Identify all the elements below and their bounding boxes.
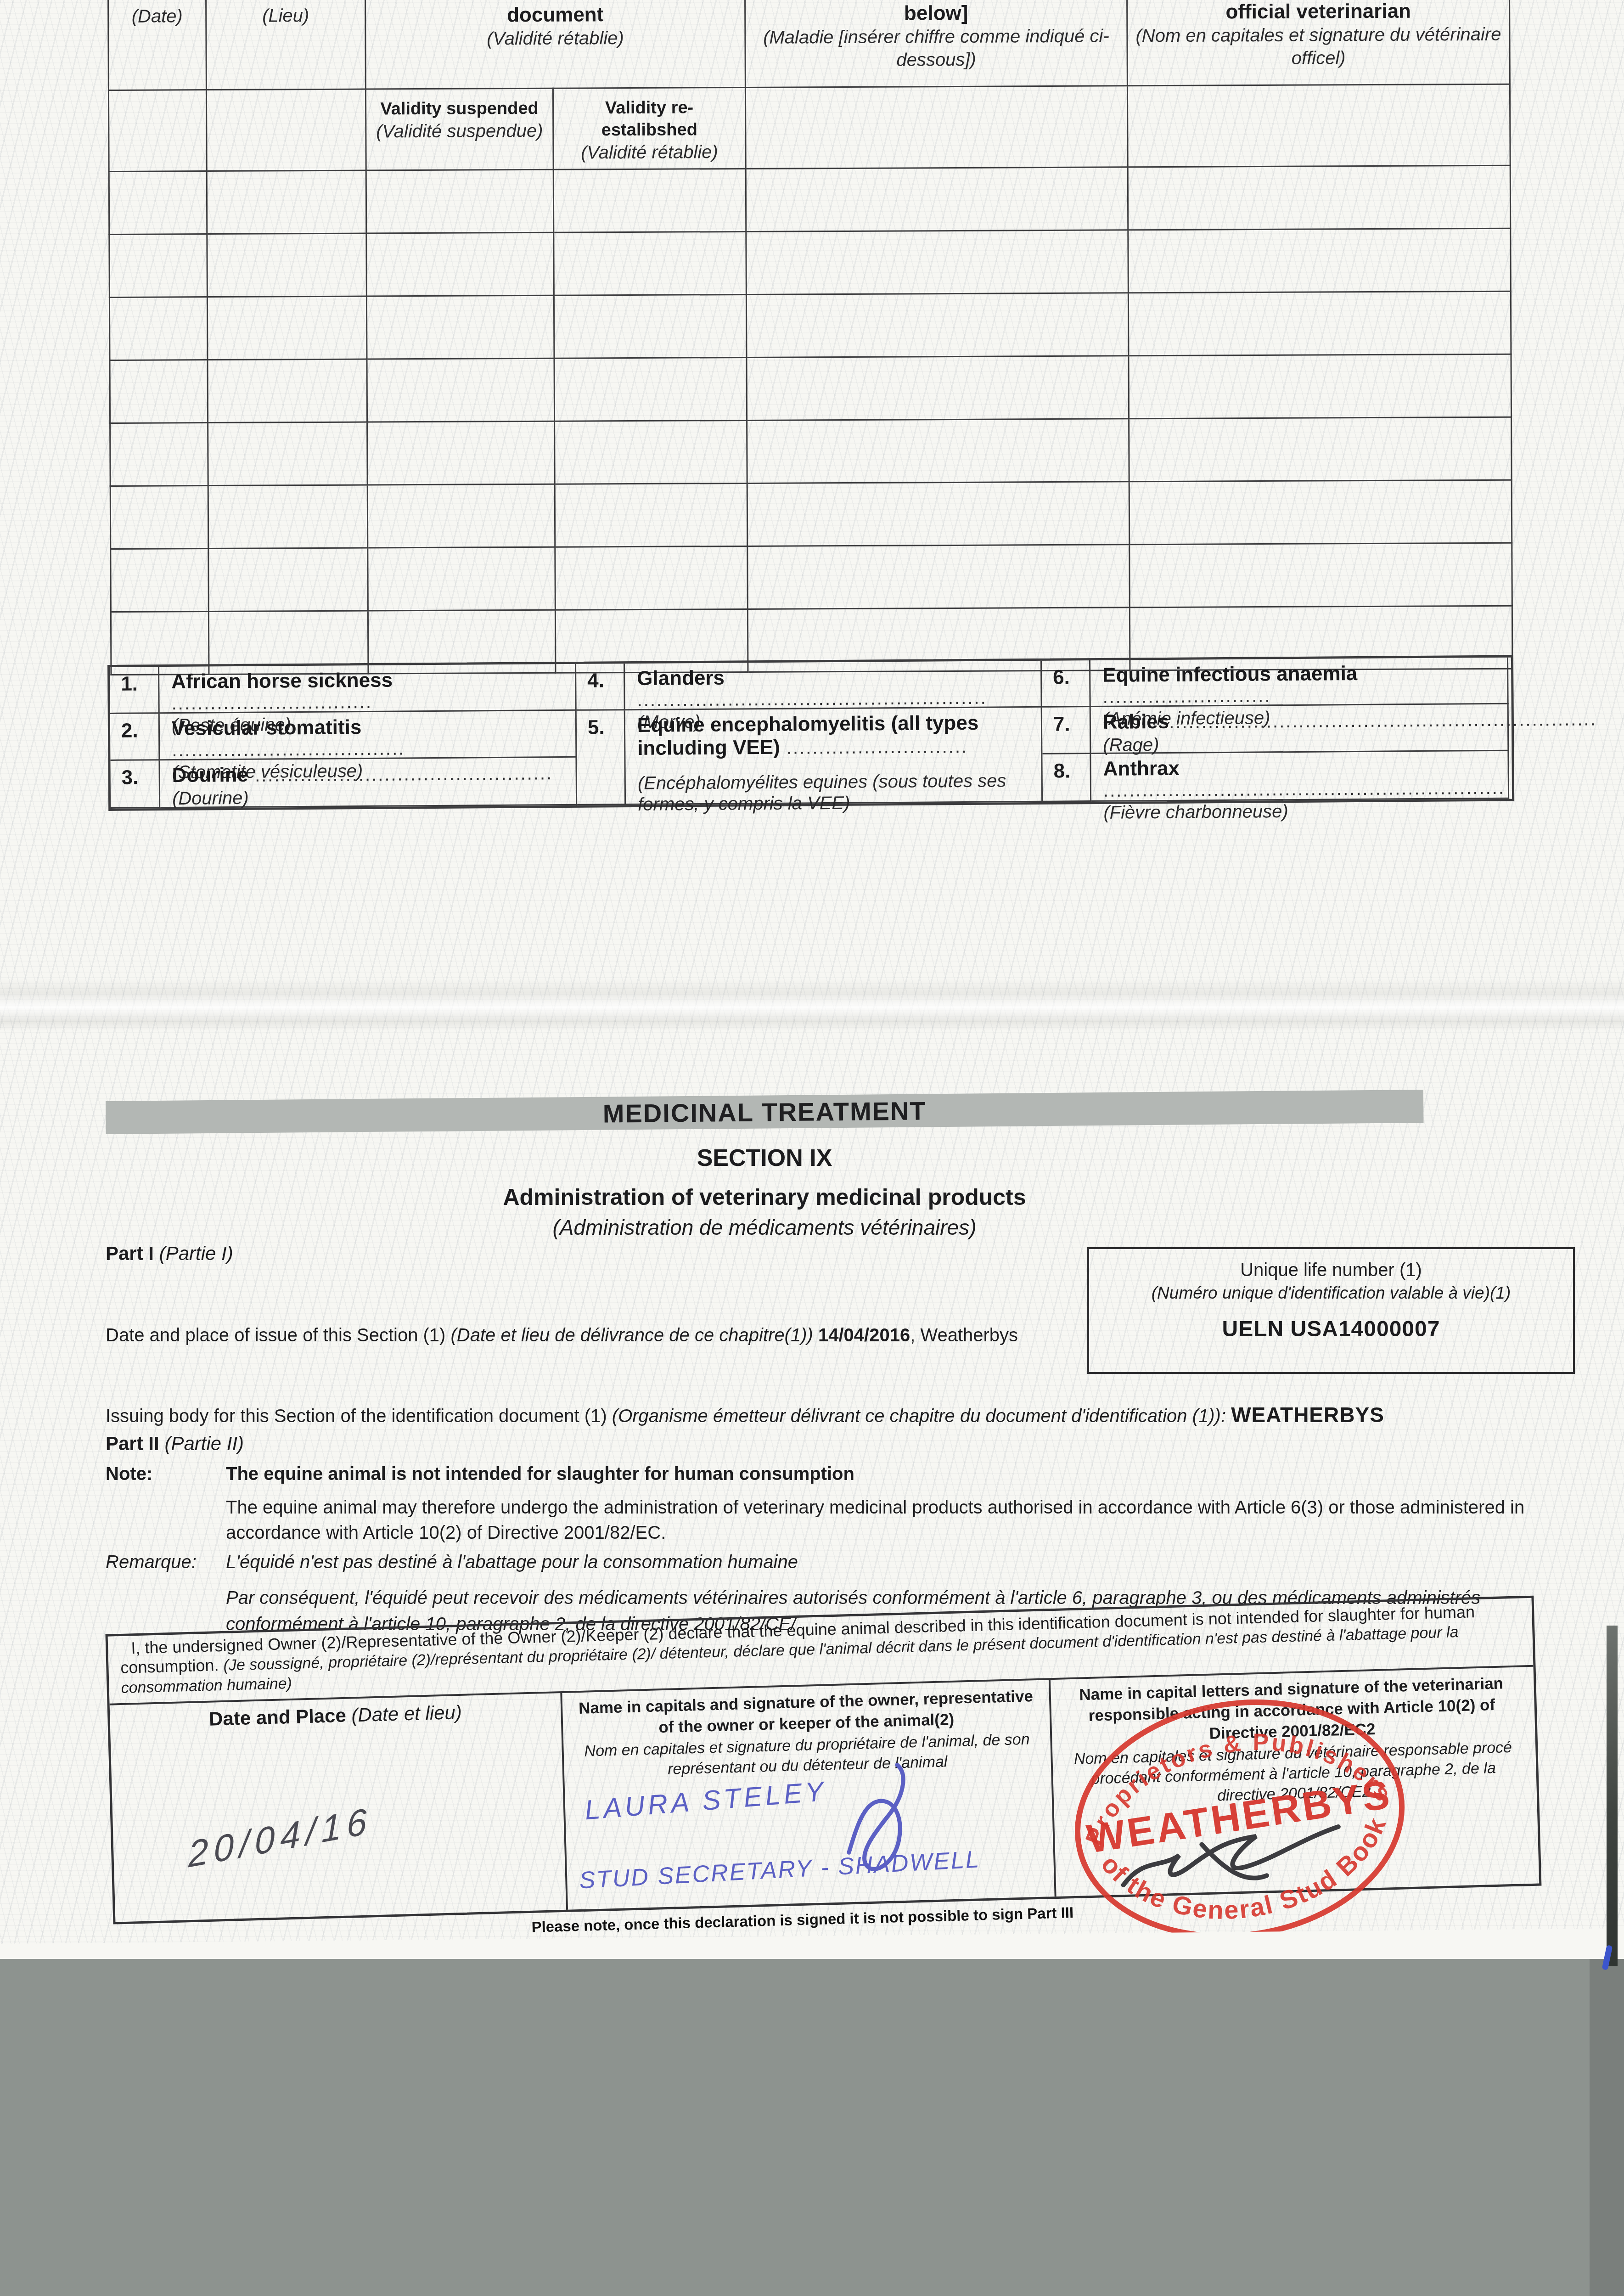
- disease-6-name: Equine infectious anaemia: [1102, 662, 1357, 687]
- dotted-leader: ........................................…: [1103, 778, 1505, 801]
- dotted-leader: ..........................: [1102, 686, 1271, 707]
- header-disease-fr: (Maladie [insérer chiffre comme indiqué …: [750, 24, 1122, 72]
- fold-crease-shadow: [0, 978, 1624, 1031]
- validity-header-row: (Date) (Lieu) document (Validité rétabli…: [108, 0, 1510, 90]
- owner-name-handwriting: LAURA STELEY: [584, 1775, 828, 1826]
- header-disease-en: below]: [750, 0, 1122, 26]
- administration-title-fr: (Administration de médicaments vétérinai…: [106, 1215, 1423, 1240]
- note-label: Note:: [106, 1464, 226, 1485]
- disease-8-number: 8.: [1042, 754, 1091, 802]
- remarque-label: Remarque:: [106, 1552, 226, 1573]
- header-document: document (Validité rétablie): [365, 0, 746, 89]
- note-line: Note:The equine animal is not intended f…: [106, 1464, 1575, 1485]
- place-of-issue-value: , Weatherbys: [910, 1325, 1018, 1345]
- disease-2-name: Vesicular stomatitis: [172, 716, 362, 740]
- disease-5-fr: (Encéphalomyélites equines (sous toutes …: [638, 770, 1032, 815]
- date-of-issue-value: 14/04/2016: [818, 1325, 910, 1345]
- administration-title: Administration of veterinary medicinal p…: [106, 1184, 1423, 1210]
- issuing-line-en: Issuing body for this Section of the ide…: [106, 1406, 612, 1426]
- disease-5-number: 5.: [577, 710, 626, 805]
- date-place-cell: Date and Place (Date et lieu) 20/04/16: [110, 1693, 568, 1922]
- subheader-suspended: Validity suspended (Validité suspendue): [365, 88, 553, 170]
- veterinarian-signature-cell: Name in capital letters and signature of…: [1051, 1667, 1537, 1896]
- disease-6: Equine infectious anaemia ..............…: [1090, 658, 1509, 707]
- header-lieu-label: (Lieu): [262, 6, 309, 26]
- disease-8: Anthrax ................................…: [1091, 751, 1509, 802]
- disease-4-number: 4.: [576, 664, 625, 711]
- empty-row: [109, 228, 1511, 297]
- disease-8-name: Anthrax: [1103, 757, 1180, 780]
- issuing-line-fr: (Organisme émetteur délivrant ce chapitr…: [612, 1406, 1231, 1426]
- uln-label-fr: (Numéro unique d'identification valable …: [1089, 1283, 1573, 1303]
- owner-role-handwriting: STUD SECRETARY - SHADWELL: [579, 1846, 981, 1894]
- empty-row: [110, 417, 1512, 486]
- uln-label: Unique life number (1): [1089, 1260, 1573, 1281]
- disease-1-number: 1.: [110, 667, 160, 714]
- disease-3: Dourine ................................…: [160, 758, 577, 808]
- disease-key-table: 1. African horse sickness ..............…: [107, 655, 1514, 811]
- dotted-leader: ............................: [780, 737, 968, 758]
- disease-1: African horse sickness .................…: [159, 664, 577, 714]
- disease-4-name: Glanders: [637, 667, 725, 690]
- unique-life-number-box: Unique life number (1) (Numéro unique d'…: [1087, 1247, 1575, 1374]
- empty-row: [109, 165, 1511, 234]
- dotted-leader: ...............................: [171, 692, 372, 714]
- scanner-background: [0, 1959, 1624, 2296]
- disease-6-number: 6.: [1042, 660, 1091, 708]
- header-vet-fr: (Nom en capitales et signature du vétéri…: [1132, 23, 1504, 71]
- remarque-statement: L'équidé n'est pas destiné à l'abattage …: [226, 1552, 798, 1572]
- subheader-reestablished-fr: (Validité rétablie): [558, 141, 740, 164]
- signature-table: I, the undersigned Owner (2)/Representat…: [105, 1596, 1541, 1925]
- empty-row: [110, 354, 1512, 423]
- medicinal-treatment-band: MEDICINAL TREATMENT: [106, 1090, 1424, 1134]
- remarque-line: Remarque:L'équidé n'est pas destiné à l'…: [106, 1552, 1575, 1573]
- handwritten-date: 20/04/16: [188, 1799, 372, 1876]
- header-veterinarian: official veterinarian (Nom en capitales …: [1127, 0, 1510, 86]
- empty-row: [110, 480, 1512, 549]
- part1-label-fr: (Partie I): [159, 1243, 233, 1264]
- validity-subheader-row: Validity suspended (Validité suspendue) …: [108, 84, 1510, 171]
- header-disease: below] (Maladie [insérer chiffre comme i…: [745, 0, 1127, 87]
- part1-label: Part I (Partie I): [106, 1243, 233, 1265]
- disease-1-name: African horse sickness: [171, 669, 393, 693]
- header-date-label: (Date): [132, 6, 183, 26]
- empty-row: [109, 291, 1511, 360]
- disease-8-fr: (Fièvre charbonneuse): [1103, 799, 1498, 823]
- validity-table: (Date) (Lieu) document (Validité rétabli…: [107, 0, 1513, 675]
- empty-row: [111, 543, 1512, 612]
- dotted-leader: ....................................: [172, 738, 405, 760]
- disease-5: Equine encephalomyelitis (all types incl…: [625, 708, 1043, 805]
- medicinal-treatment-title: MEDICINAL TREATMENT: [603, 1096, 927, 1128]
- disease-7-number: 7.: [1042, 707, 1091, 754]
- date-place-header: Date and Place: [208, 1704, 352, 1729]
- part2-label-fr: (Partie II): [164, 1433, 244, 1454]
- part1-label-en: Part I: [106, 1243, 154, 1264]
- header-lieu: (Lieu): [206, 0, 366, 90]
- disease-3-number: 3.: [110, 760, 160, 809]
- part2-label: Part II (Partie II): [106, 1433, 244, 1455]
- subheader-reestablished-en: Validity re-estalibshed: [558, 96, 740, 141]
- dotted-leader: ........................................…: [248, 763, 553, 786]
- header-vet-en: official veterinarian: [1132, 0, 1504, 24]
- header-document-fr: (Validité rétablie): [371, 26, 740, 51]
- date-line-en: Date and place of issue of this Section …: [106, 1325, 451, 1345]
- disease-7: Rabies..................................…: [1091, 704, 1509, 754]
- header-document-en: document: [371, 2, 740, 28]
- date-place-header-fr: (Date et lieu): [351, 1701, 462, 1726]
- page-right-edge: [1607, 1626, 1618, 1966]
- issuing-body-value: WEATHERBYS: [1231, 1403, 1384, 1427]
- disease-3-name: Dourine: [172, 764, 249, 787]
- part2-label-en: Part II: [106, 1433, 159, 1454]
- dotted-leader: ........................................…: [1169, 709, 1597, 732]
- disease-7-name: Rabies: [1103, 710, 1169, 733]
- owner-signature-cell: Name in capitals and signature of the ow…: [562, 1680, 1056, 1910]
- right-edge-shadow: [1590, 1959, 1624, 2296]
- date-line-fr: (Date et lieu de délivrance de ce chapit…: [451, 1325, 818, 1345]
- date-of-issue-line: Date and place of issue of this Section …: [106, 1325, 1621, 1346]
- subheader-suspended-en: Validity suspended: [371, 97, 548, 120]
- signature-row: Date and Place (Date et lieu) 20/04/16 N…: [110, 1667, 1540, 1922]
- note-paragraph: The equine animal may therefore undergo …: [226, 1495, 1525, 1546]
- section-ix-title: SECTION IX: [106, 1144, 1423, 1172]
- disease-3-fr: (Dourine): [172, 785, 566, 809]
- declaration-signature-block: I, the undersigned Owner (2)/Representat…: [105, 1596, 1542, 1947]
- scanned-passport-page: (Date) (Lieu) document (Validité rétabli…: [0, 0, 1624, 2296]
- subheader-reestablished: Validity re-estalibshed (Validité rétabl…: [553, 87, 746, 169]
- subheader-suspended-fr: (Validité suspendue): [371, 119, 548, 143]
- header-date: (Date): [108, 0, 207, 90]
- disease-2-number: 2.: [110, 714, 160, 761]
- disease-4: Glanders ...............................…: [625, 661, 1042, 710]
- dotted-leader: ........................................…: [637, 688, 987, 710]
- disease-2: Vesicular stomatitis ...................…: [160, 711, 577, 760]
- note-statement: The equine animal is not intended for sl…: [226, 1464, 854, 1484]
- issuing-body-line: Issuing body for this Section of the ide…: [106, 1402, 1624, 1427]
